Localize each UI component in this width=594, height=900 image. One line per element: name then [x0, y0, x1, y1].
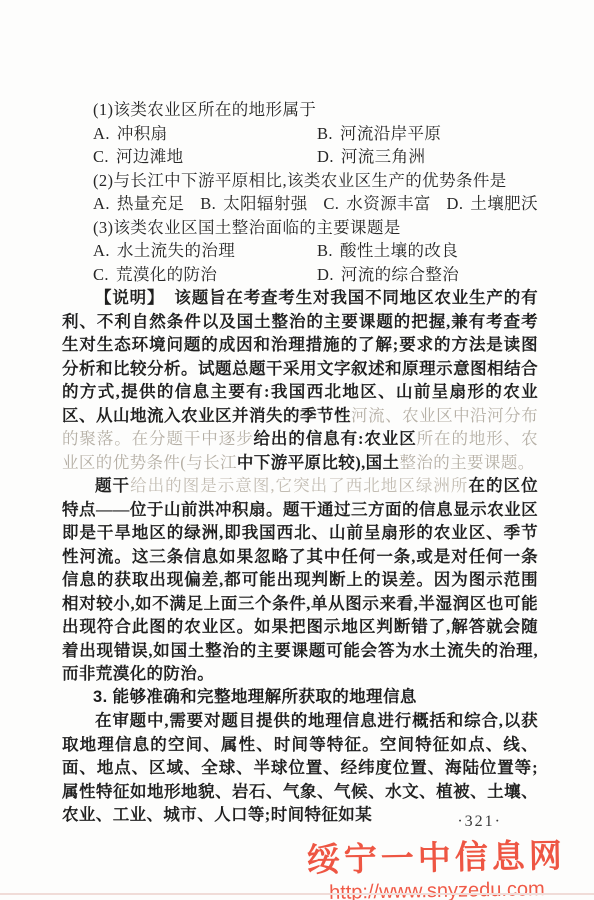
option-1d-label: D.	[317, 145, 334, 169]
option-1a-text: 冲积扇	[117, 124, 168, 143]
option-2a-text: 热量充足	[117, 194, 185, 213]
option-1b-label: B.	[317, 122, 333, 146]
explanation-text-6-faded: 整治的主要课题。	[399, 453, 534, 472]
option-1b-text: 河流沿岸平原	[340, 124, 441, 143]
option-3b: B.酸性土壤的改良	[317, 239, 458, 263]
explanation-text-5: 中下游平原比较),国土	[237, 453, 400, 472]
option-3d: D.河流的综合整治	[317, 263, 459, 287]
option-2c: C.水资源丰富	[323, 192, 430, 216]
option-2c-label: C.	[323, 192, 339, 216]
explanation-text-3: 给出的信息有:农业区	[254, 429, 417, 448]
analysis-paragraph: 题干给出的图是示意图,它突出了西北地区绿洲所在的区位特点——位于山前洪冲积扇。题…	[62, 474, 538, 686]
option-3a-text: 水土流失的治理	[117, 241, 235, 260]
option-3c: C.荒漠化的防治	[93, 265, 217, 284]
option-3a: A.水土流失的治理	[93, 241, 235, 260]
watermark-site-url: http://www.snyzedu.com	[307, 878, 566, 900]
option-1c-text: 河边滩地	[116, 147, 184, 166]
option-1d-text: 河流三角洲	[341, 147, 426, 166]
option-1a: A.冲积扇	[93, 124, 168, 143]
option-3b-label: B.	[317, 239, 333, 263]
option-3d-label: D.	[317, 263, 334, 287]
option-2a: A.热量充足	[93, 192, 184, 216]
option-2d: D.土壤肥沃	[447, 192, 538, 216]
analysis-text-3: 在的区位特点——位于山前洪冲积扇。题干通过三方面的信息显示农业区即是干旱地区的绿…	[62, 476, 538, 683]
explanation-paragraph: 【说明】该题旨在考查考生对我国不同地区农业生产的有利、不利自然条件以及国土整治的…	[62, 286, 538, 474]
question-2: (2)与长江中下游平原相比,该类农业区生产的优势条件是 A.热量充足 B.太阳辐…	[62, 169, 538, 216]
question-1: (1)该类农业区所在的地形属于 A.冲积扇 B.河流沿岸平原 C.河边滩地 D.…	[62, 98, 538, 169]
option-1c-label: C.	[93, 145, 109, 169]
option-2d-label: D.	[447, 192, 464, 216]
question-1-options-row-2: C.河边滩地 D.河流三角洲	[62, 145, 538, 169]
question-1-options-row-1: A.冲积扇 B.河流沿岸平原	[62, 122, 538, 146]
option-1d: D.河流三角洲	[317, 145, 425, 169]
option-1b: B.河流沿岸平原	[317, 122, 441, 146]
option-2a-label: A.	[93, 192, 110, 216]
explanation-label: 【说明】	[95, 288, 164, 307]
option-3a-label: A.	[93, 239, 110, 263]
question-3: (3)该类农业区国土整治面临的主要课题是 A.水土流失的治理 B.酸性土壤的改良…	[62, 216, 538, 287]
scan-bottom-edge-line	[0, 893, 594, 895]
section-3-heading: 3. 能够准确和完整地理解所获取的地理信息	[62, 686, 538, 710]
analysis-text-2-faded: 给出的图是示意图,它突出了西北地区绿洲所	[130, 476, 468, 495]
explanation-text-1: 该题旨在考查考生对我国不同地区农业生产的有利、不利自然条件以及国土整治的主要课题…	[62, 288, 538, 425]
option-3c-label: C.	[93, 263, 109, 287]
page-number: ·321·	[457, 813, 502, 831]
question-3-options-row-1: A.水土流失的治理 B.酸性土壤的改良	[62, 239, 538, 263]
option-2b-text: 太阳辐射强	[223, 194, 308, 213]
page-content: (1)该类农业区所在的地形属于 A.冲积扇 B.河流沿岸平原 C.河边滩地 D.…	[62, 98, 538, 827]
option-2b-label: B.	[200, 192, 216, 216]
question-3-stem: (3)该类农业区国土整治面临的主要课题是	[62, 216, 538, 240]
question-1-stem: (1)该类农业区所在的地形属于	[62, 98, 538, 122]
question-2-options-row: A.热量充足 B.太阳辐射强 C.水资源丰富 D.土壤肥沃	[62, 192, 538, 216]
option-2d-text: 土壤肥沃	[470, 194, 538, 213]
site-watermark: 绥宁一中信息网 http://www.snyzedu.com	[306, 830, 566, 900]
option-1a-label: A.	[93, 122, 110, 146]
question-2-stem: (2)与长江中下游平原相比,该类农业区生产的优势条件是	[62, 169, 538, 193]
analysis-text-1: 题干	[95, 476, 130, 495]
option-1c: C.河边滩地	[93, 147, 184, 166]
question-3-options-row-2: C.荒漠化的防治 D.河流的综合整治	[62, 263, 538, 287]
option-3c-text: 荒漠化的防治	[116, 265, 217, 284]
scanned-book-page: (1)该类农业区所在的地形属于 A.冲积扇 B.河流沿岸平原 C.河边滩地 D.…	[0, 0, 594, 900]
watermark-site-name: 绥宁一中信息网	[306, 830, 566, 882]
section-3-paragraph: 在审题中,需要对题目提供的地理信息进行概括和综合,以获取地理信息的空间、属性、时…	[62, 709, 538, 827]
option-3b-text: 酸性土壤的改良	[340, 241, 458, 260]
option-2b: B.太阳辐射强	[200, 192, 307, 216]
option-2c-text: 水资源丰富	[346, 194, 431, 213]
option-3d-text: 河流的综合整治	[341, 265, 459, 284]
